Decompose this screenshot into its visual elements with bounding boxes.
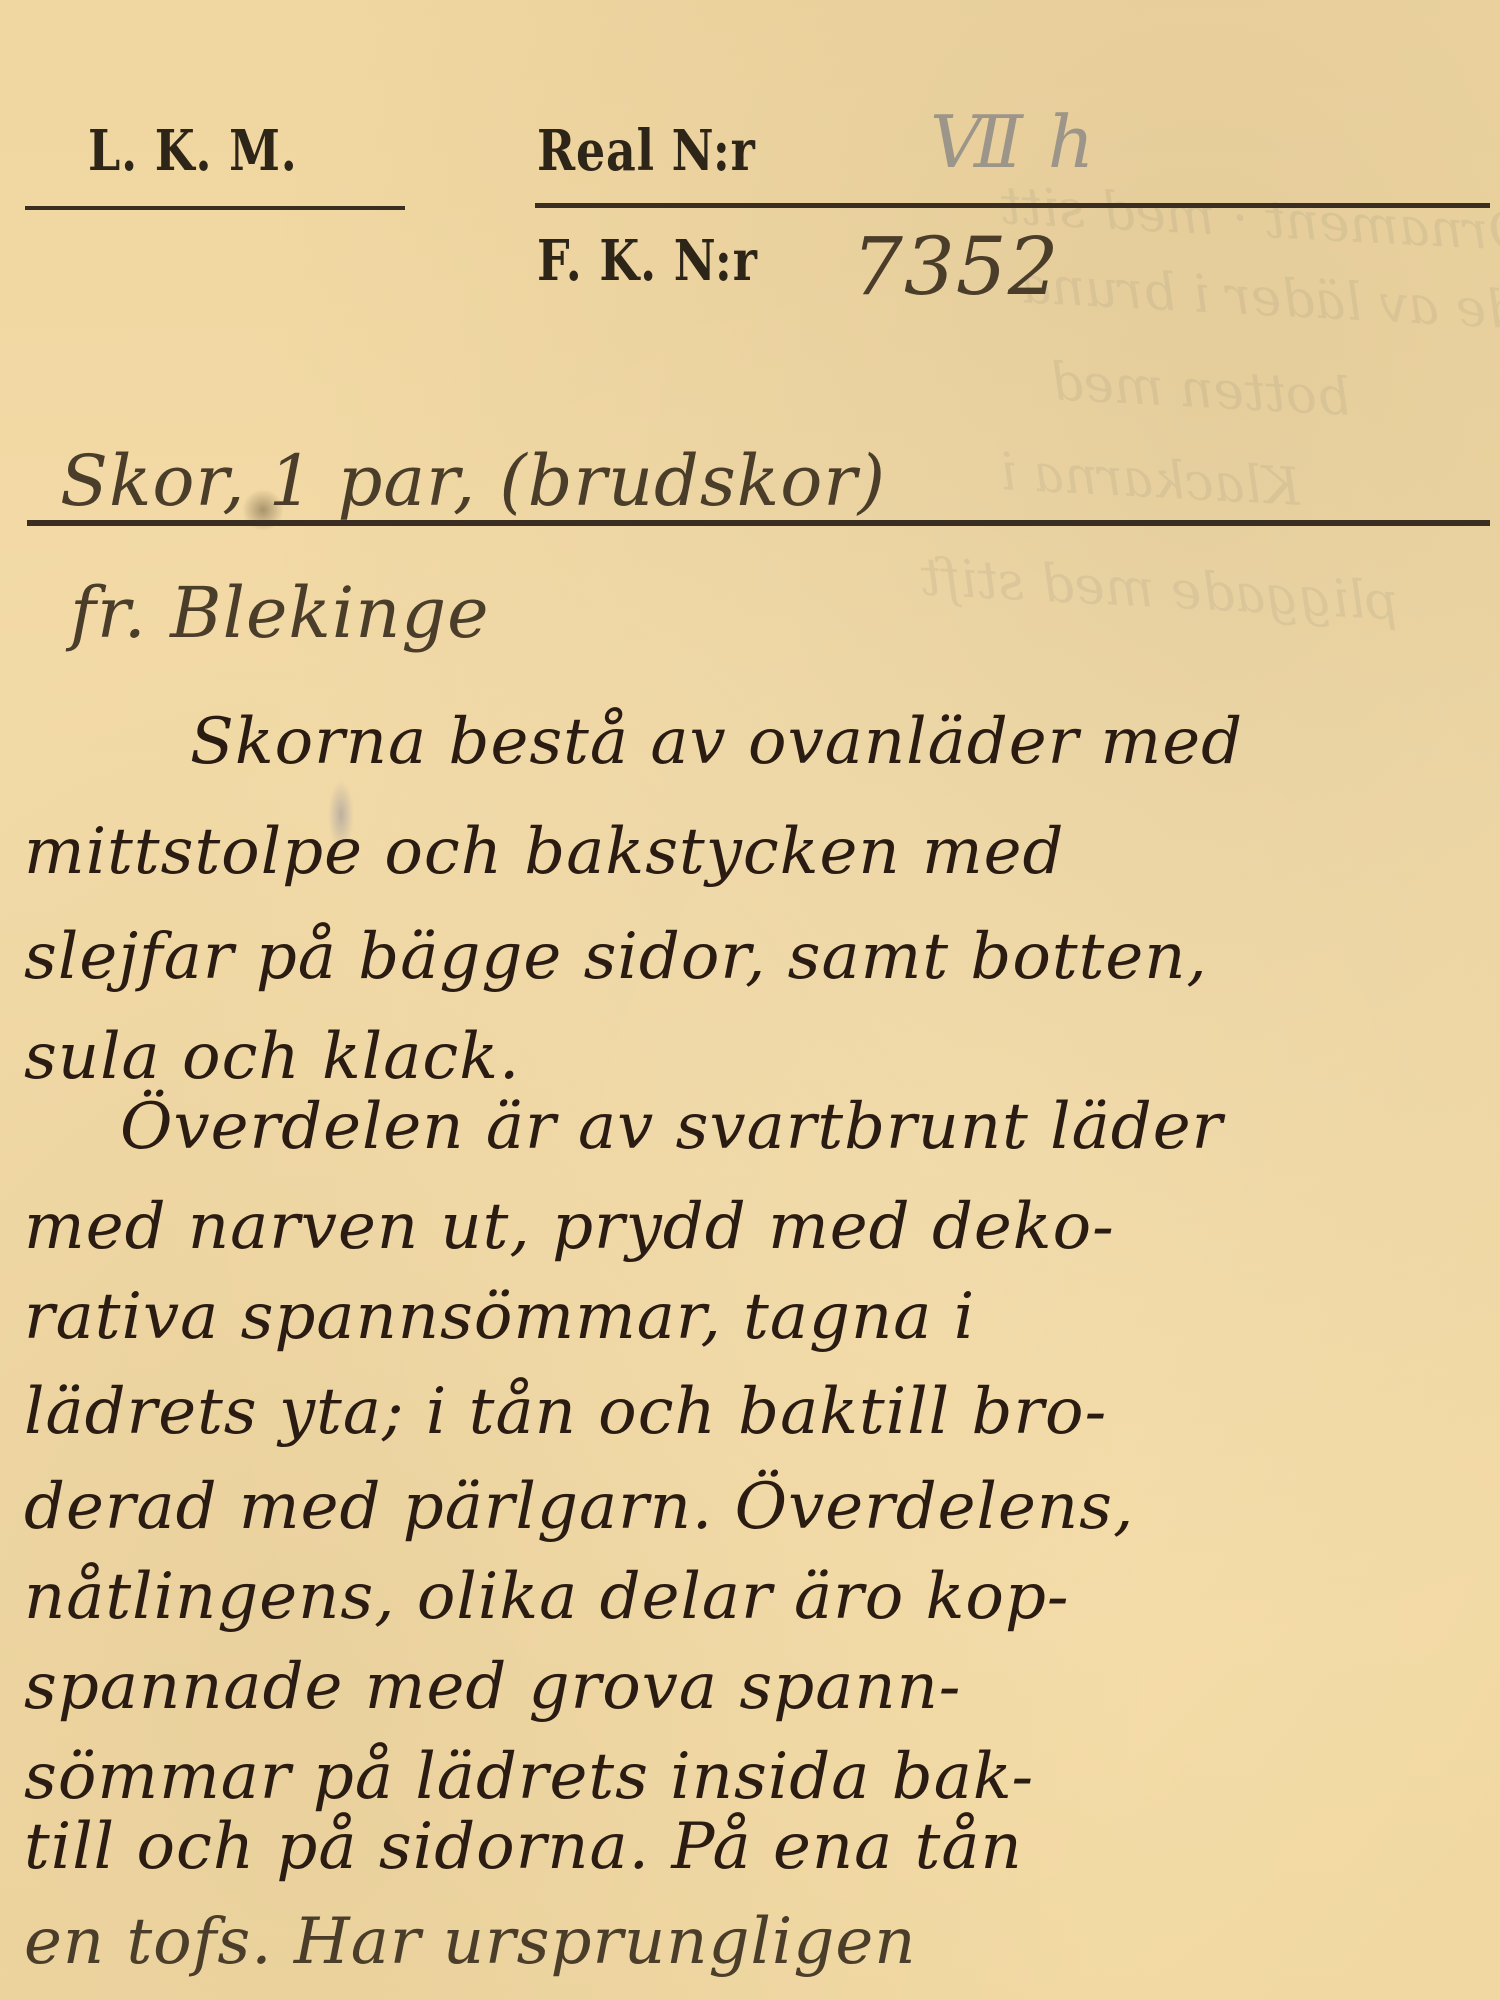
description-line: Överdelen är av svartbrunt läder: [120, 1090, 1223, 1164]
description-line: med narven ut, prydd med deko-: [24, 1190, 1115, 1264]
show-through-text: botten med: [1049, 352, 1352, 428]
description-line: till och på sidorna. På ena tån: [24, 1810, 1023, 1884]
show-through-text: Klackarna i: [999, 442, 1302, 518]
fk-number-value: 7352: [852, 220, 1060, 313]
catalog-card: Ornament · med sitt bede av läder i brun…: [0, 0, 1500, 2000]
header-rule-right: [535, 203, 1490, 208]
description-line: slejfar på bägge sidor, samt botten,: [24, 920, 1208, 994]
description-line: en tofs. Har ursprungligen: [24, 1905, 916, 1979]
show-through-text: bede av läder i bruna: [1019, 255, 1500, 344]
description-line: spannade med grova spann-: [24, 1650, 961, 1724]
description-line: lädrets yta; i tån och baktill bro-: [24, 1375, 1107, 1449]
description-line: rativa spannsömmar, tagna i: [24, 1280, 975, 1354]
show-through-text: Ornament · med sitt: [999, 176, 1500, 264]
show-through-text: pliggade med stift: [919, 548, 1400, 633]
object-title: Skor, 1 par, (brudskor): [60, 440, 886, 522]
object-origin: fr. Blekinge: [70, 572, 490, 654]
description-line: sömmar på lädrets insida bak-: [24, 1740, 1034, 1814]
description-line: mittstolpe och bakstycken med: [24, 815, 1065, 889]
real-number-label: Real N:r: [537, 118, 756, 184]
fk-number-label: F. K. N:r: [537, 228, 758, 294]
description-line: derad med pärlgarn. Överdelens,: [24, 1470, 1134, 1544]
description-line: sula och klack.: [24, 1020, 520, 1094]
description-line: Skorna bestå av ovanläder med: [190, 705, 1243, 779]
description-line: nåtlingens, olika delar äro kop-: [24, 1560, 1070, 1634]
header-rule-left: [25, 206, 405, 210]
title-rule: [27, 520, 1490, 526]
institution-label: L. K. M.: [88, 118, 298, 184]
real-number-value: Ⅶ h: [930, 100, 1095, 184]
